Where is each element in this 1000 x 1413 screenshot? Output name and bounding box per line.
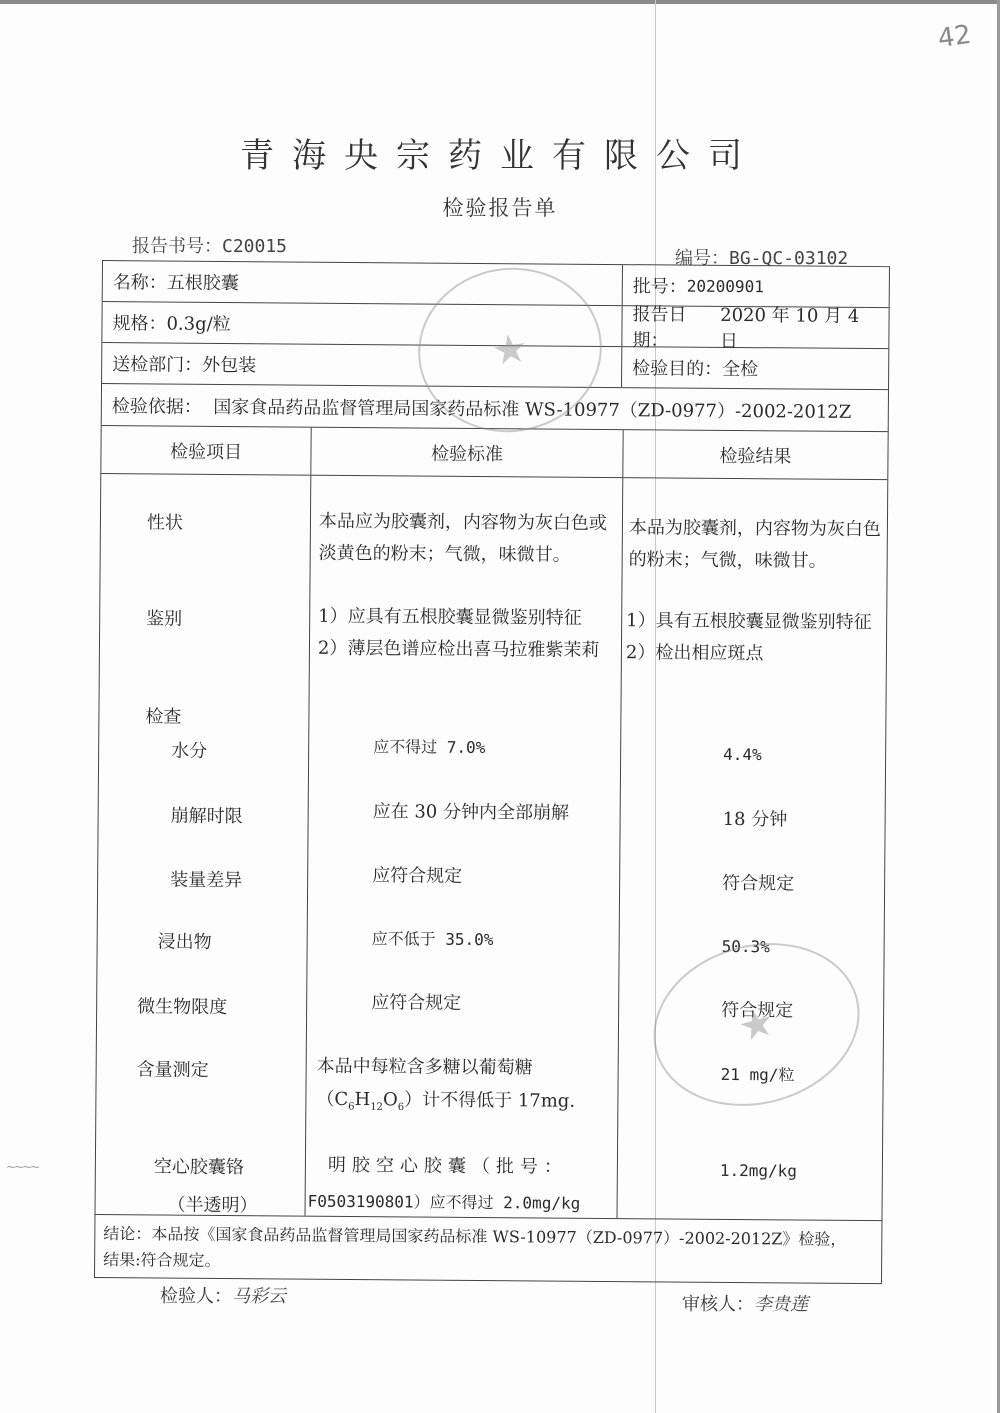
- item-moisture: 水分: [171, 737, 207, 763]
- report-number: 报告书号：C20015: [132, 232, 287, 258]
- reviewer-name: 李贵莲: [754, 1294, 808, 1315]
- dept-cell: 送检部门：外包装: [102, 343, 622, 387]
- result-disintegration: 18 分钟: [722, 804, 787, 837]
- purpose-label: 检验目的：: [632, 354, 722, 381]
- conclusion-label: 结论：: [103, 1224, 151, 1243]
- report-number-value: C20015: [222, 236, 287, 257]
- item-identification: 鉴别: [146, 604, 182, 630]
- result-identification-2: 2）检出相应斑点: [626, 637, 764, 670]
- standard-identification-1: 1）应具有五根胶囊显微鉴别特征: [318, 601, 618, 635]
- spec-value: 0.3g/粒: [166, 310, 230, 337]
- item-microbial-limit: 微生物限度: [137, 992, 227, 1019]
- spec-label: 规格：: [112, 309, 166, 335]
- header-standard: 检验标准: [311, 428, 623, 477]
- result-capsule-chromium: 1.2mg/kg: [720, 1155, 797, 1188]
- company-name: 青海央宗药业有限公司: [0, 128, 1000, 177]
- result-moisture: 4.4%: [723, 739, 762, 771]
- result-fill-weight: 符合规定: [722, 868, 794, 901]
- standard-fill-weight: 应符合规定: [372, 860, 462, 893]
- batch-value: 20200901: [687, 276, 764, 296]
- basis-label: 检验依据：: [112, 392, 202, 419]
- standard-capsule-chromium-1: 明胶空心胶囊（批号：: [328, 1150, 618, 1184]
- dept-value: 外包装: [202, 351, 256, 377]
- table-header: 检验项目 检验标准 检验结果: [101, 426, 887, 480]
- page-number-handwritten: 42: [936, 20, 973, 54]
- standard-disintegration: 应在 30 分钟内全部崩解: [373, 796, 570, 830]
- standard-assay-2-text: 计不得低于 17mg.: [422, 1090, 575, 1112]
- result-microbial-limit: 符合规定: [721, 995, 793, 1028]
- result-assay: 21 mg/粒: [720, 1059, 794, 1092]
- standard-capsule-chromium-2: F0503190801）应不得过 2.0mg/kg: [307, 1186, 617, 1220]
- item-inspection: 检查: [145, 702, 181, 728]
- inspection-form: 名称：五根胶囊 批号：20200901 规格：0.3g/粒 报告日期：2020 …: [94, 260, 890, 1284]
- item-assay: 含量测定: [137, 1055, 209, 1082]
- result-extractives: 50.3%: [721, 931, 769, 963]
- batch-label: 批号：: [633, 272, 687, 298]
- inspector-label: 检验人：: [160, 1286, 232, 1307]
- formula: C6H12O6: [334, 1089, 404, 1111]
- info-row-spec: 规格：0.3g/粒 报告日期：2020 年 10 月 4 日: [102, 302, 888, 349]
- header-item: 检验项目: [101, 426, 311, 475]
- result-appearance: 本品为胶囊剂，内容物为灰白色的粉末；气微，味微甘。: [629, 512, 885, 578]
- reviewer-signature: 审核人：李贵莲: [682, 1290, 808, 1316]
- item-capsule-chromium-note: （半透明）: [167, 1191, 257, 1218]
- basis-cell: 检验依据： 国家食品药品监督管理局国家药品标准 WS-10977（ZD-0977…: [102, 384, 888, 431]
- report-number-label: 报告书号：: [132, 236, 222, 257]
- product-name-cell: 名称：五根胶囊: [103, 261, 623, 305]
- result-identification-1: 1）具有五根胶囊显微鉴别特征: [626, 605, 888, 639]
- item-capsule-chromium: 空心胶囊铬: [154, 1152, 244, 1179]
- column-results: 本品为胶囊剂，内容物为灰白色的粉末；气微，味微甘。 1）具有五根胶囊显微鉴别特征…: [617, 478, 887, 1220]
- column-standards: 本品应为胶囊剂，内容物为灰白色或淡黄色的粉末；气微，味微甘。 1）应具有五根胶囊…: [306, 476, 624, 1218]
- product-name-label: 名称：: [113, 268, 167, 294]
- product-name-value: 五根胶囊: [167, 269, 239, 296]
- table-body: 性状 鉴别 检查 水分 崩解时限 装量差异 浸出物 微生物限度 含量测定 空心胶…: [95, 474, 887, 1221]
- standard-assay-1: 本品中每粒含多糖以葡萄糖: [317, 1051, 617, 1085]
- standard-assay-2: （C6H12O6）计不得低于 17mg.: [316, 1084, 616, 1126]
- info-row-dept: 送检部门：外包装 检验目的：全检: [102, 343, 888, 390]
- report-date-cell: 报告日期：2020 年 10 月 4 日: [622, 306, 888, 348]
- info-row-basis: 检验依据： 国家食品药品监督管理局国家药品标准 WS-10977（ZD-0977…: [102, 384, 888, 432]
- standard-appearance: 本品应为胶囊剂，内容物为灰白色或淡黄色的粉末；气微，味微甘。: [319, 506, 619, 572]
- reviewer-label: 审核人：: [682, 1294, 754, 1315]
- item-disintegration: 崩解时限: [171, 802, 243, 829]
- standard-moisture: 应不得过 7.0%: [373, 731, 485, 764]
- column-items: 性状 鉴别 检查 水分 崩解时限 装量差异 浸出物 微生物限度 含量测定 空心胶…: [96, 474, 312, 1216]
- standard-identification-2: 2）薄层色谱应检出喜马拉雅紫茉莉: [318, 633, 618, 667]
- purpose-cell: 检验目的：全检: [622, 347, 888, 389]
- standard-microbial-limit: 应符合规定: [371, 987, 461, 1020]
- standard-extractives: 应不低于 35.0%: [372, 923, 494, 956]
- conclusion: 结论：本品按《国家食品药品监督管理局国家药品标准 WS-10977（ZD-097…: [95, 1215, 881, 1283]
- basis-value: 国家食品药品监督管理局国家药品标准 WS-10977（ZD-0977）-2002…: [213, 392, 851, 423]
- item-fill-weight: 装量差异: [170, 866, 242, 893]
- item-extractives: 浸出物: [158, 927, 212, 953]
- report-date-label: 报告日期：: [632, 300, 720, 353]
- purpose-value: 全检: [722, 355, 758, 381]
- conclusion-text: 本品按《国家食品药品监督管理局国家药品标准 WS-10977（ZD-0977）-…: [151, 1224, 846, 1248]
- margin-smudge: ~~~~: [6, 1160, 38, 1174]
- inspector-signature: 检验人：马彩云: [160, 1282, 286, 1308]
- header-result: 检验结果: [623, 430, 887, 479]
- item-appearance: 性状: [147, 508, 183, 534]
- report-date-value: 2020 年 10 月 4 日: [720, 301, 879, 354]
- document-title: 检验报告单: [0, 192, 1000, 222]
- inspector-name: 马彩云: [232, 1286, 286, 1307]
- spec-cell: 规格：0.3g/粒: [102, 302, 622, 346]
- scan-edge-top: [0, 0, 1000, 4]
- dept-label: 送检部门：: [112, 350, 202, 377]
